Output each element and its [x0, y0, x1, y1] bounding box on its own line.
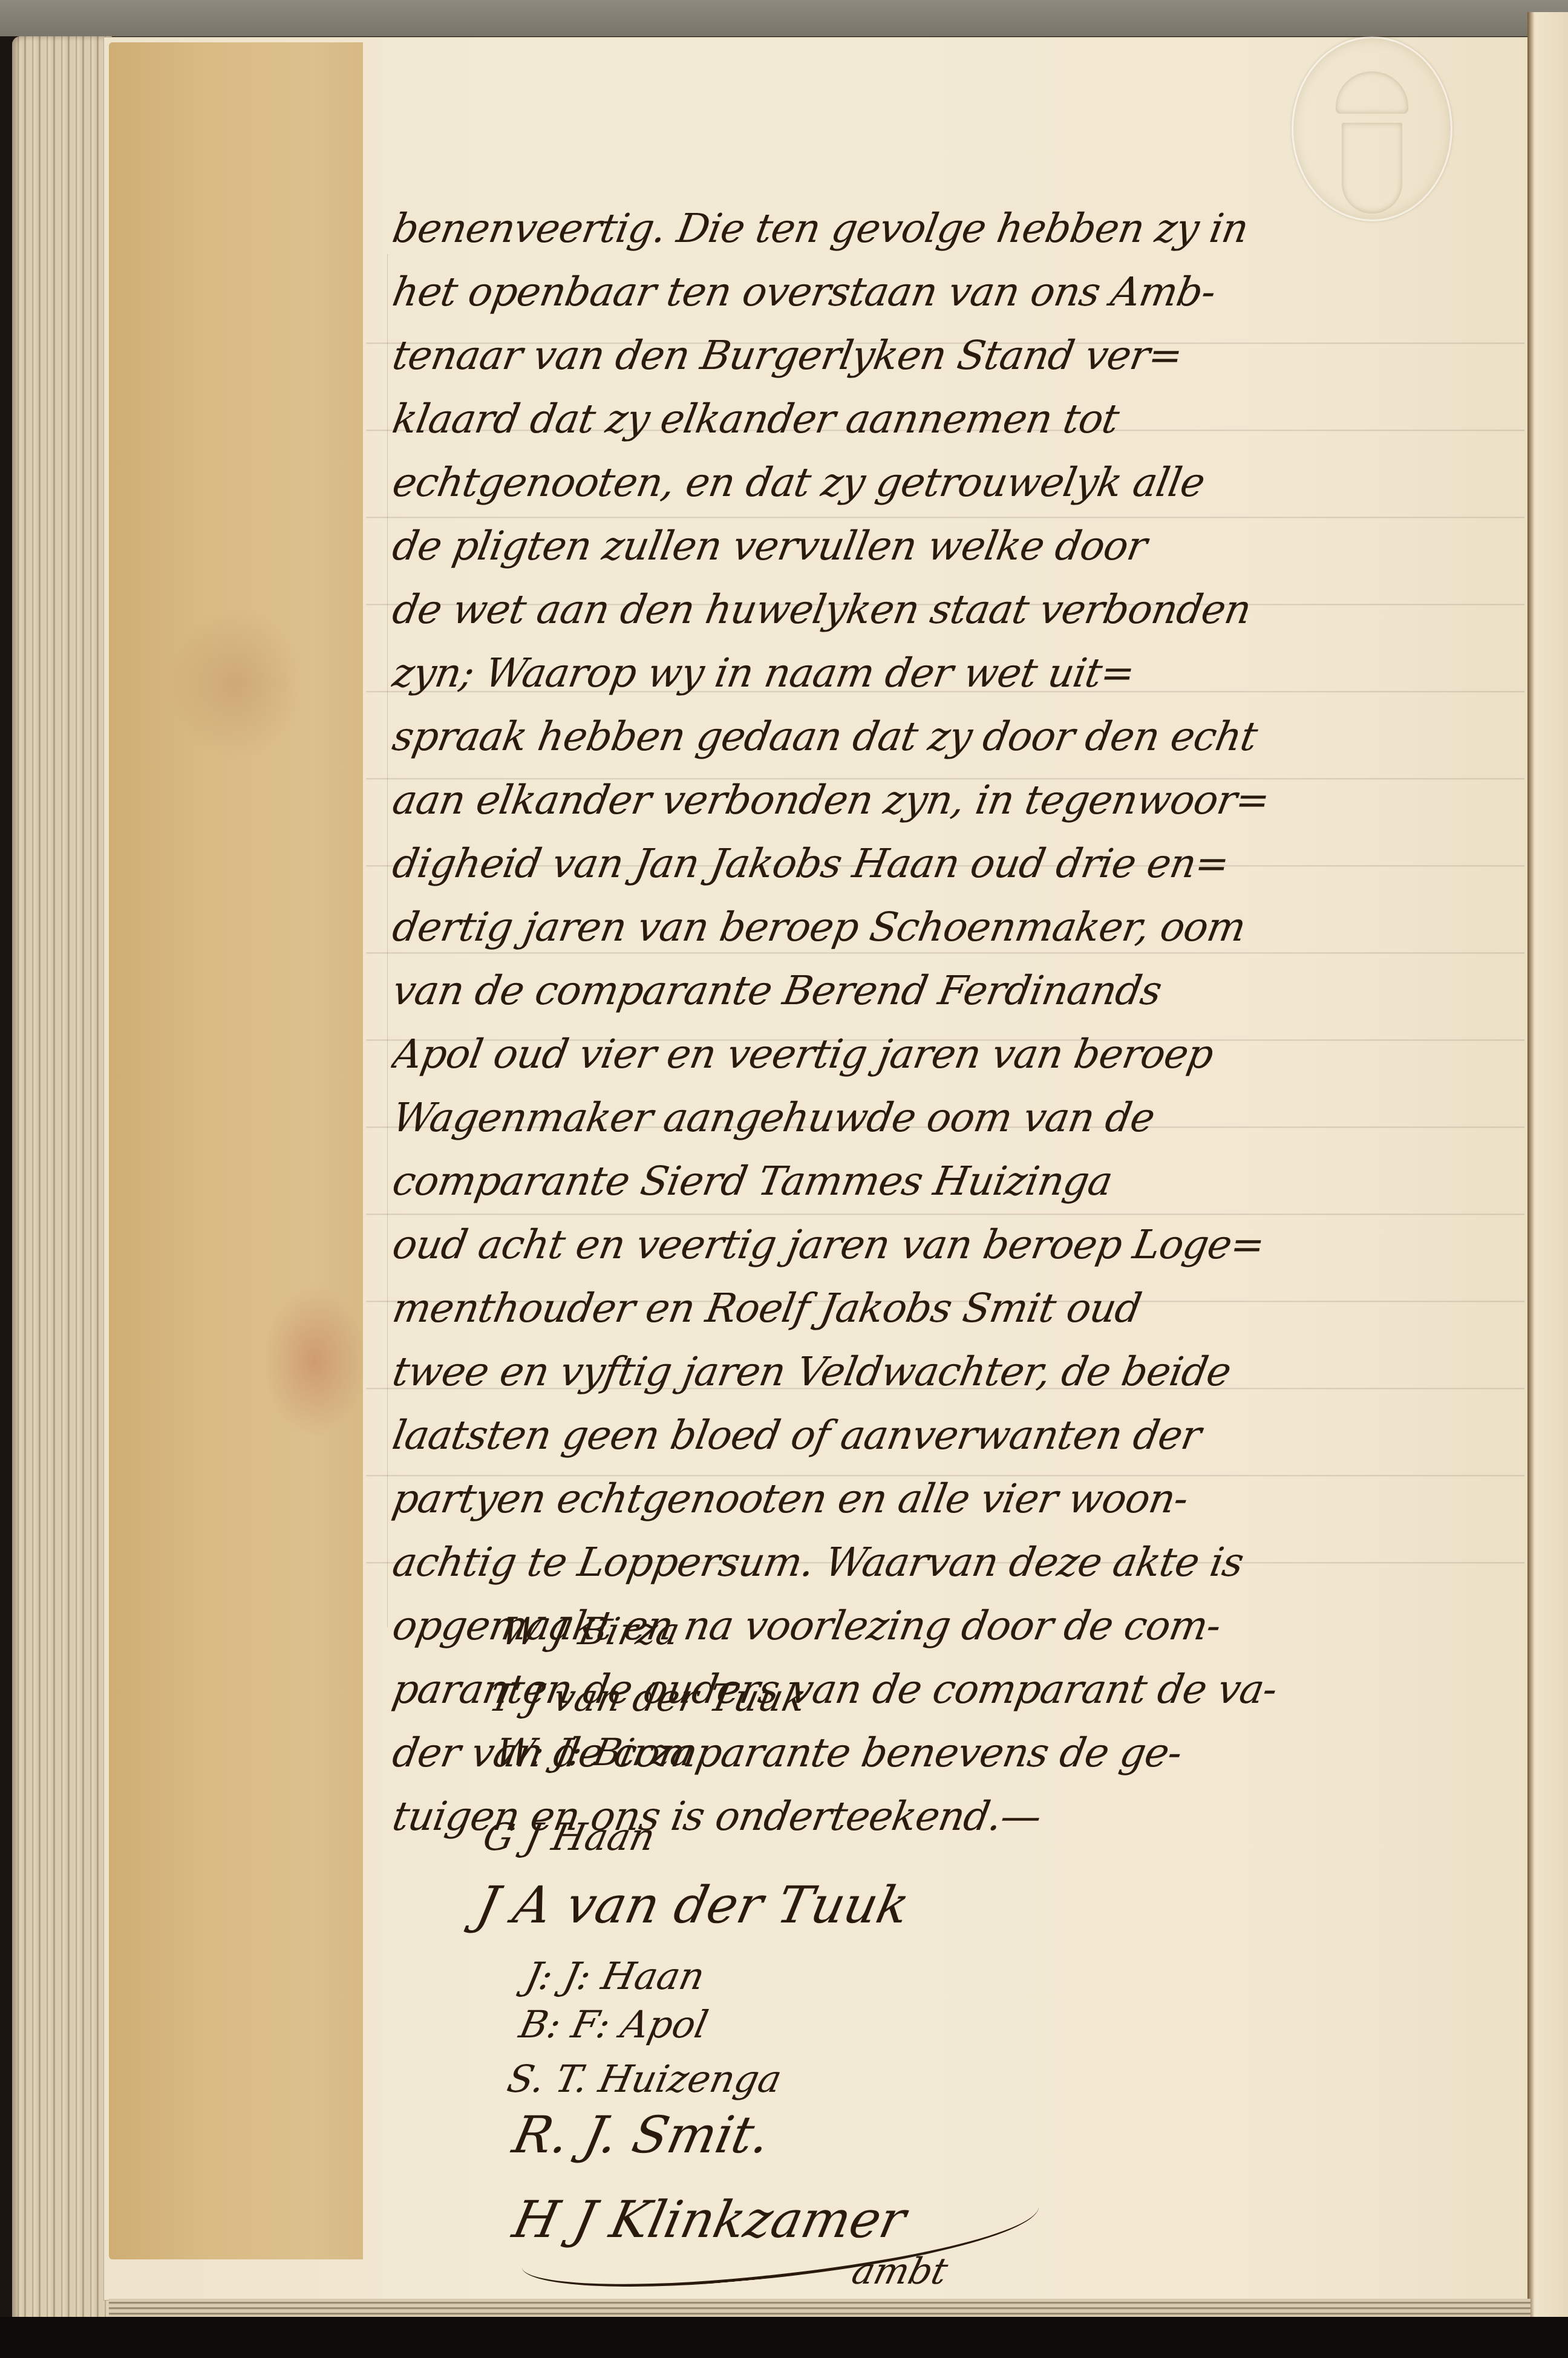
scan-backdrop-bottom — [0, 2317, 1568, 2358]
text-line: aan elkander verbonden zyn, in tegenwoor… — [388, 768, 1537, 832]
signature: B: F: Apol — [515, 2002, 712, 2046]
signature: J A van der Tuuk — [472, 1875, 915, 1935]
margin-rule — [387, 254, 388, 1627]
text-line: echtgenooten, en dat zy getrouwelyk alle — [388, 451, 1537, 514]
text-line: twee en vyftig jaren Veldwachter, de bei… — [388, 1340, 1537, 1403]
signature: T J van der Tuuk — [485, 1676, 810, 1720]
text-line: oud acht en veertig jaren van beroep Log… — [388, 1213, 1537, 1276]
book-page-edges — [12, 36, 112, 2329]
adjacent-page-edge — [1527, 12, 1568, 2317]
text-line: van de comparante Berend Ferdinands — [388, 959, 1537, 1022]
text-line: comparante Sierd Tammes Huizinga — [388, 1149, 1537, 1213]
text-line: het openbaar ten overstaan van ons Amb- — [388, 260, 1537, 324]
text-line: digheid van Jan Jakobs Haan oud drie en= — [388, 832, 1537, 895]
text-line: benenveertig. Die ten gevolge hebben zy … — [388, 197, 1537, 260]
crown-icon — [1336, 71, 1408, 114]
text-line: achtig te Loppersum. Waarvan deze akte i… — [388, 1530, 1537, 1594]
signature: W J Birza — [497, 1609, 684, 1653]
text-line: Wagenmaker aangehuwde oom van de — [388, 1086, 1537, 1149]
text-line: partyen echtgenooten en alle vier woon- — [388, 1467, 1537, 1530]
scan-backdrop — [0, 0, 1568, 36]
signature: G J Haan — [479, 1815, 659, 1859]
text-line: laatsten geen bloed of aanverwanten der — [388, 1403, 1537, 1467]
book-bottom-edges — [109, 2299, 1530, 2317]
text-line: tenaar van den Burgerlyken Stand ver= — [388, 324, 1537, 387]
signature: R. J. Smit. — [508, 2105, 776, 2164]
text-line: de wet aan den huwelyken staat verbonden — [388, 578, 1537, 641]
text-line: Apol oud vier en veertig jaren van beroe… — [388, 1022, 1537, 1086]
embossed-seal-icon — [1292, 36, 1452, 221]
text-line: menthouder en Roelf Jakobs Smit oud — [388, 1276, 1537, 1340]
text-line: spraak hebben gedaan dat zy door den ech… — [388, 705, 1537, 768]
signature: S. T. Huizenga — [503, 2057, 786, 2101]
text-line: dertig jaren van beroep Schoenmaker, oom — [388, 895, 1537, 959]
signature: J: J: Haan — [521, 1954, 708, 1998]
registrar-title: ambt — [848, 2250, 952, 2293]
signature: W: J: Birza — [491, 1730, 698, 1774]
text-line: zyn; Waarop wy in naam der wet uit= — [388, 641, 1537, 705]
text-line: klaard dat zy elkander aannemen tot — [388, 387, 1537, 451]
text-line: de pligten zullen vervullen welke door — [388, 514, 1537, 578]
record-body: benenveertig. Die ten gevolge hebben zy … — [393, 197, 1530, 1848]
paper-repair-strip — [109, 42, 363, 2259]
